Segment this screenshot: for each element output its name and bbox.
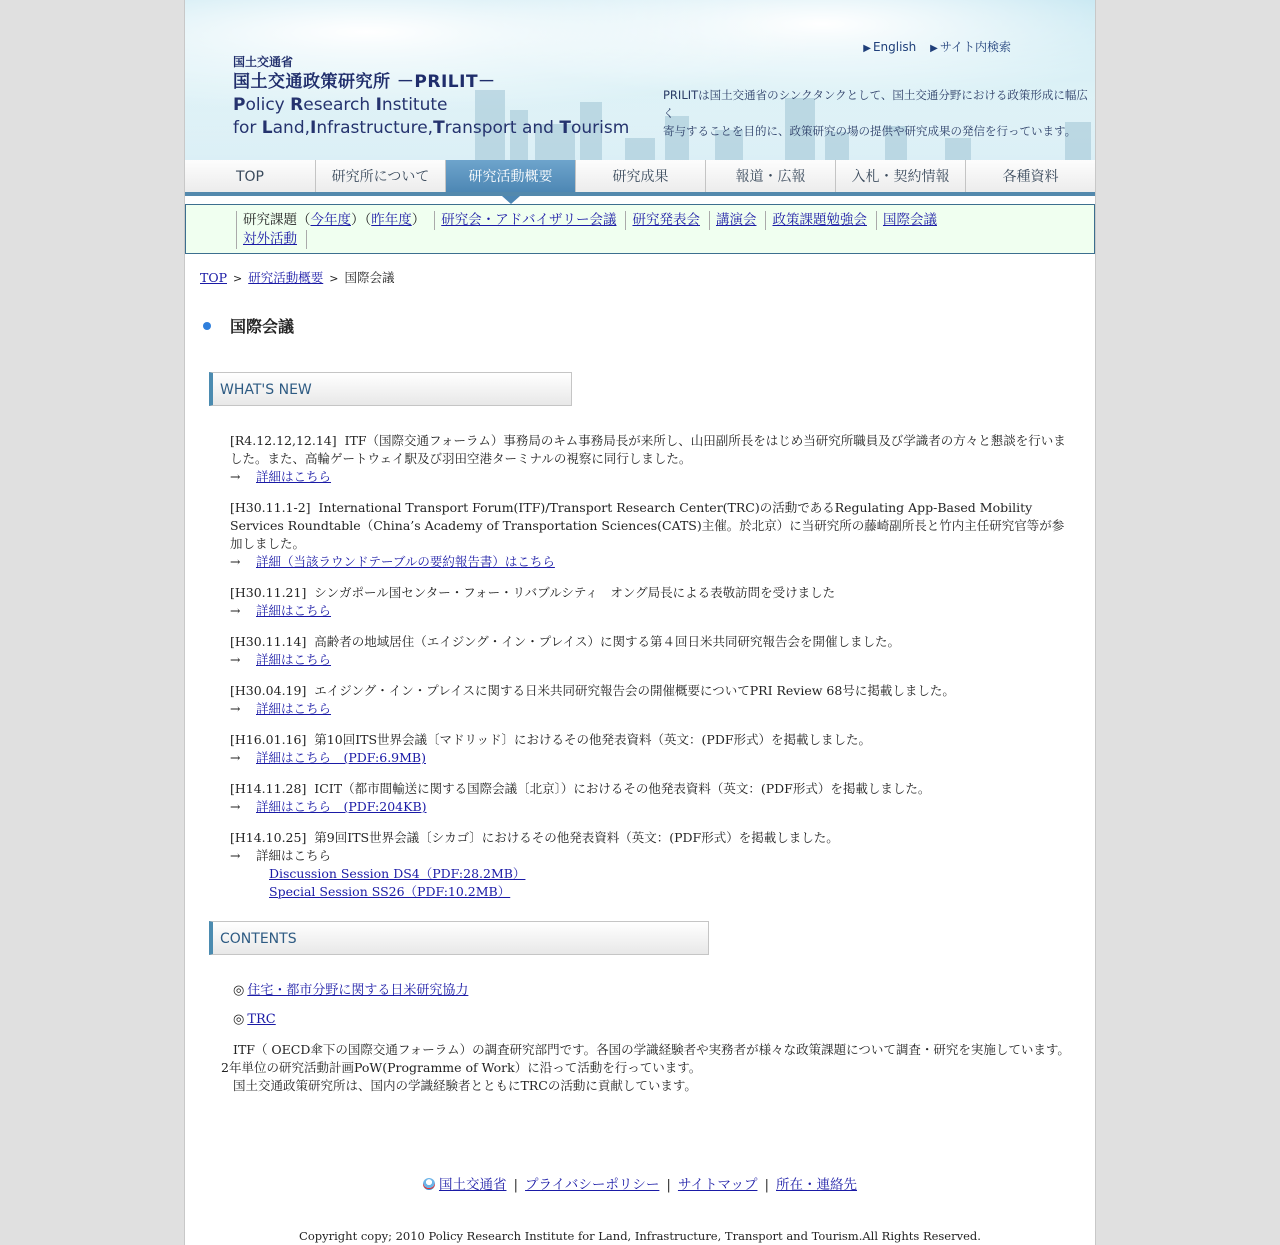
- news-detail-link[interactable]: 詳細（当該ラウンドテーブルの要約報告書）はこちら: [256, 554, 555, 569]
- news-body: 第10回ITS世界会議〔マドリッド〕におけるその他発表資料（英文：(PDF形式）…: [310, 732, 871, 747]
- news-detail-link[interactable]: 詳細はこちら: [256, 469, 331, 484]
- news-item: [H16.01.16] 第10回ITS世界会議〔マドリッド〕におけるその他発表資…: [230, 731, 1067, 767]
- header-links: ▶English ▶サイト内検索: [853, 38, 1011, 55]
- footer-sitemap-link[interactable]: サイトマップ: [678, 1177, 758, 1193]
- site-search-label: サイト内検索: [940, 40, 1011, 54]
- subnav-item: 国際会議: [876, 211, 946, 230]
- subnav-item: 研究発表会: [625, 211, 709, 230]
- nav-label: 各種資料: [1003, 169, 1059, 185]
- news-text: [R4.12.12,12.14] ITF（国際交通フォーラム）事務局のキム事務局…: [230, 432, 1067, 468]
- breadcrumb-separator: >: [233, 272, 242, 285]
- news-detail-row: →詳細はこちら: [230, 700, 1067, 718]
- news-detail-link[interactable]: 詳細はこちら: [256, 701, 331, 716]
- news-text: [H30.04.19] エイジング・イン・プレイスに関する日米共同研究報告会の開…: [230, 682, 1067, 700]
- tagline-line-2: 寄与することを目的に、政策研究の場の提供や研究成果の発信を行っています。: [663, 122, 1095, 140]
- subnav-lecture-link[interactable]: 講演会: [716, 212, 757, 228]
- arrow-right-icon: →: [230, 602, 256, 620]
- subnav-study-group-link[interactable]: 政策課題勉強会: [772, 212, 867, 228]
- arrow-right-icon: →: [230, 847, 256, 865]
- whats-new-heading: WHAT'S NEW: [209, 372, 572, 406]
- news-date: [H30.11.1-2]: [230, 500, 311, 515]
- footer-privacy-link[interactable]: プライバシーポリシー: [525, 1177, 659, 1193]
- news-detail-row: →詳細はこちら: [230, 847, 1067, 865]
- news-date: [H30.11.14]: [230, 634, 306, 649]
- institute-name-en-line1: Policy Research Institute: [233, 94, 629, 117]
- breadcrumb-separator: >: [329, 272, 338, 285]
- page-container: 国土交通省 国土交通政策研究所 －PRILIT－ Policy Research…: [184, 0, 1096, 1245]
- triangle-right-icon: ▶: [930, 43, 938, 54]
- nav-documents[interactable]: 各種資料: [966, 160, 1095, 192]
- mlit-logo-icon: [423, 1178, 435, 1190]
- news-date: [R4.12.12,12.14]: [230, 433, 337, 448]
- news-detail-label: 詳細はこちら: [256, 848, 331, 863]
- news-item: [H14.10.25] 第9回ITS世界会議〔シカゴ〕におけるその他発表資料（英…: [230, 829, 1067, 901]
- nav-about[interactable]: 研究所について: [316, 160, 446, 192]
- header-banner: 国土交通省 国土交通政策研究所 －PRILIT－ Policy Research…: [185, 0, 1095, 160]
- contents-section: ◎住宅・都市分野に関する日米研究協力 ◎TRC ITF（ OECD傘下の国際交通…: [185, 955, 1095, 1095]
- news-detail-row: →詳細はこちら (PDF:6.9MB): [230, 749, 1067, 767]
- contents-heading: CONTENTS: [209, 921, 709, 955]
- news-date: [H30.11.21]: [230, 585, 306, 600]
- subnav-presentation-link[interactable]: 研究発表会: [632, 212, 700, 228]
- main-nav: TOP 研究所について 研究活動概要 研究成果 報道・広報 入札・契約情報 各種…: [185, 160, 1095, 196]
- news-detail-row: →詳細はこちら (PDF:204KB): [230, 798, 1067, 816]
- news-sublinks: Discussion Session DS4（PDF:28.2MB）Specia…: [230, 865, 1067, 901]
- breadcrumb: TOP>研究活動概要>国際会議: [185, 254, 1095, 286]
- news-body: 高齢者の地域居住（エイジング・イン・プレイス）に関する第４回日米共同研究報告会を…: [310, 634, 900, 649]
- sub-nav: 研究課題（今年度）（昨年度） 研究会・アドバイザリー会議研究発表会講演会政策課題…: [185, 204, 1095, 254]
- divider: |: [764, 1177, 769, 1193]
- news-detail-link[interactable]: 詳細はこちら: [256, 652, 331, 667]
- nav-bidding[interactable]: 入札・契約情報: [836, 160, 966, 192]
- breadcrumb-current: 国際会議: [344, 270, 394, 285]
- site-search-link[interactable]: ▶サイト内検索: [930, 40, 1011, 54]
- footer-contact-link[interactable]: 所在・連絡先: [776, 1177, 857, 1193]
- arrow-right-icon: →: [230, 798, 256, 816]
- nav-label: 報道・広報: [736, 169, 806, 185]
- news-body: エイジング・イン・プレイスに関する日米共同研究報告会の開催概要についてPRI R…: [310, 683, 955, 698]
- trc-link[interactable]: TRC: [247, 1012, 275, 1027]
- subnav-item: 対外活動: [236, 230, 307, 249]
- news-item: [H30.04.19] エイジング・イン・プレイスに関する日米共同研究報告会の開…: [230, 682, 1067, 718]
- news-item: [H30.11.21] シンガポール国センター・フォー・リバブルシティ オング局…: [230, 584, 1067, 620]
- japan-us-research-link[interactable]: 住宅・都市分野に関する日米研究協力: [247, 983, 468, 998]
- nav-top[interactable]: TOP: [185, 160, 316, 192]
- arrow-right-icon: →: [230, 749, 256, 767]
- arrow-right-icon: →: [230, 468, 256, 486]
- news-detail-link[interactable]: 詳細はこちら: [256, 603, 331, 618]
- subnav-item: 政策課題勉強会: [765, 211, 876, 230]
- contents-item: ◎TRC: [233, 1012, 1071, 1027]
- english-link[interactable]: ▶English: [863, 40, 916, 54]
- double-circle-icon: ◎: [233, 983, 244, 998]
- arrow-right-icon: →: [230, 553, 256, 571]
- news-date: [H16.01.16]: [230, 732, 306, 747]
- footer-links: 国土交通省|プライバシーポリシー|サイトマップ|所在・連絡先: [185, 1173, 1095, 1193]
- breadcrumb-parent-link[interactable]: 研究活動概要: [248, 270, 323, 285]
- nav-label: 研究成果: [613, 169, 669, 185]
- pdf-session-link[interactable]: Discussion Session DS4（PDF:28.2MB）: [269, 866, 525, 881]
- arrow-right-icon: →: [230, 700, 256, 718]
- page-title-text: 国際会議: [230, 314, 294, 337]
- news-text: [H14.10.25] 第9回ITS世界会議〔シカゴ〕におけるその他発表資料（英…: [230, 829, 1067, 847]
- page-title: 国際会議: [203, 314, 1095, 337]
- news-detail-row: →詳細はこちら: [230, 468, 1067, 486]
- news-list: [R4.12.12,12.14] ITF（国際交通フォーラム）事務局のキム事務局…: [185, 406, 1095, 901]
- research-topics-label: 研究課題: [243, 212, 297, 228]
- subnav-international-link[interactable]: 国際会議: [883, 212, 937, 228]
- nav-research-results[interactable]: 研究成果: [576, 160, 706, 192]
- news-item: [H30.11.1-2] International Transport For…: [230, 499, 1067, 571]
- news-item: [H14.11.28] ICIT（都市間輸送に関する国際会議〔北京〕）におけるそ…: [230, 780, 1067, 816]
- footer-mlit-link[interactable]: 国土交通省: [439, 1177, 507, 1193]
- pdf-session-link[interactable]: Special Session SS26（PDF:10.2MB）: [269, 884, 510, 899]
- subnav-item: 講演会: [709, 211, 766, 230]
- news-date: [H14.11.28]: [230, 781, 306, 796]
- news-date: [H30.04.19]: [230, 683, 306, 698]
- news-detail-link[interactable]: 詳細はこちら (PDF:6.9MB): [256, 750, 426, 765]
- nav-label: 研究活動概要: [469, 169, 553, 185]
- news-text: [H30.11.14] 高齢者の地域居住（エイジング・イン・プレイス）に関する第…: [230, 633, 1067, 651]
- news-text: [H16.01.16] 第10回ITS世界会議〔マドリッド〕におけるその他発表資…: [230, 731, 1067, 749]
- trc-description: ITF（ OECD傘下の国際交通フォーラム）の調査研究部門です。各国の学識経験者…: [221, 1041, 1071, 1095]
- ministry-name: 国土交通省: [233, 54, 629, 70]
- bullet-dot-icon: [203, 322, 211, 330]
- news-detail-link[interactable]: 詳細はこちら (PDF:204KB): [256, 799, 427, 814]
- divider: |: [666, 1177, 671, 1193]
- trc-description-para-1: ITF（ OECD傘下の国際交通フォーラム）の調査研究部門です。各国の学識経験者…: [221, 1041, 1071, 1077]
- news-body: シンガポール国センター・フォー・リバブルシティ オング局長による表敬訪問を受けま…: [310, 585, 835, 600]
- news-text: [H30.11.1-2] International Transport For…: [230, 499, 1067, 553]
- triangle-right-icon: ▶: [863, 43, 871, 54]
- nav-label: TOP: [236, 169, 264, 185]
- copyright: Copyright copy; 2010 Policy Research Ins…: [185, 1229, 1095, 1243]
- subnav-advisory-link[interactable]: 研究会・アドバイザリー会議: [441, 212, 616, 228]
- subnav-item: 研究会・アドバイザリー会議: [434, 211, 625, 230]
- subnav-last-year-link[interactable]: 昨年度: [371, 212, 412, 228]
- tagline: PRILITは国土交通省のシンクタンクとして、国土交通分野における政策形成に幅広…: [663, 86, 1095, 140]
- news-item: [R4.12.12,12.14] ITF（国際交通フォーラム）事務局のキム事務局…: [230, 432, 1067, 486]
- institute-name-en-line2: for Land,Infrastructure,Transport and To…: [233, 117, 629, 140]
- nav-label: 研究所について: [332, 169, 430, 185]
- news-item: [H30.11.14] 高齢者の地域居住（エイジング・イン・プレイス）に関する第…: [230, 633, 1067, 669]
- subnav-external-link[interactable]: 対外活動: [243, 231, 297, 247]
- news-body: International Transport Forum(ITF)/Trans…: [230, 500, 1064, 551]
- site-logo[interactable]: 国土交通省 国土交通政策研究所 －PRILIT－ Policy Research…: [233, 54, 629, 140]
- subnav-research-topics: 研究課題（今年度）（昨年度）: [236, 211, 434, 230]
- news-detail-row: →詳細はこちら: [230, 651, 1067, 669]
- contents-item: ◎住宅・都市分野に関する日米研究協力: [233, 979, 1071, 998]
- trc-description-para-2: 国土交通政策研究所は、国内の学識経験者とともにTRCの活動に貢献しています。: [221, 1077, 1071, 1095]
- news-detail-row: →詳細（当該ラウンドテーブルの要約報告書）はこちら: [230, 553, 1067, 571]
- news-date: [H14.10.25]: [230, 830, 306, 845]
- news-body: 第9回ITS世界会議〔シカゴ〕におけるその他発表資料（英文：(PDF形式）を掲載…: [310, 830, 838, 845]
- subnav-this-year-link[interactable]: 今年度: [311, 212, 352, 228]
- institute-name-jp: 国土交通政策研究所 －PRILIT－: [233, 70, 629, 94]
- double-circle-icon: ◎: [233, 1012, 244, 1027]
- nav-research-overview[interactable]: 研究活動概要: [446, 160, 576, 192]
- news-body: ICIT（都市間輸送に関する国際会議〔北京〕）におけるその他発表資料（英文：(P…: [310, 781, 930, 796]
- divider: |: [513, 1177, 518, 1193]
- news-text: [H14.11.28] ICIT（都市間輸送に関する国際会議〔北京〕）におけるそ…: [230, 780, 1067, 798]
- breadcrumb-top-link[interactable]: TOP: [200, 270, 227, 285]
- tagline-line-1: PRILITは国土交通省のシンクタンクとして、国土交通分野における政策形成に幅広…: [663, 86, 1095, 122]
- english-link-label: English: [873, 40, 916, 54]
- nav-label: 入札・契約情報: [852, 169, 950, 185]
- news-detail-row: →詳細はこちら: [230, 602, 1067, 620]
- arrow-right-icon: →: [230, 651, 256, 669]
- news-text: [H30.11.21] シンガポール国センター・フォー・リバブルシティ オング局…: [230, 584, 1067, 602]
- nav-press[interactable]: 報道・広報: [706, 160, 836, 192]
- news-body: ITF（国際交通フォーラム）事務局のキム事務局長が来所し、山田副所長をはじめ当研…: [230, 433, 1066, 466]
